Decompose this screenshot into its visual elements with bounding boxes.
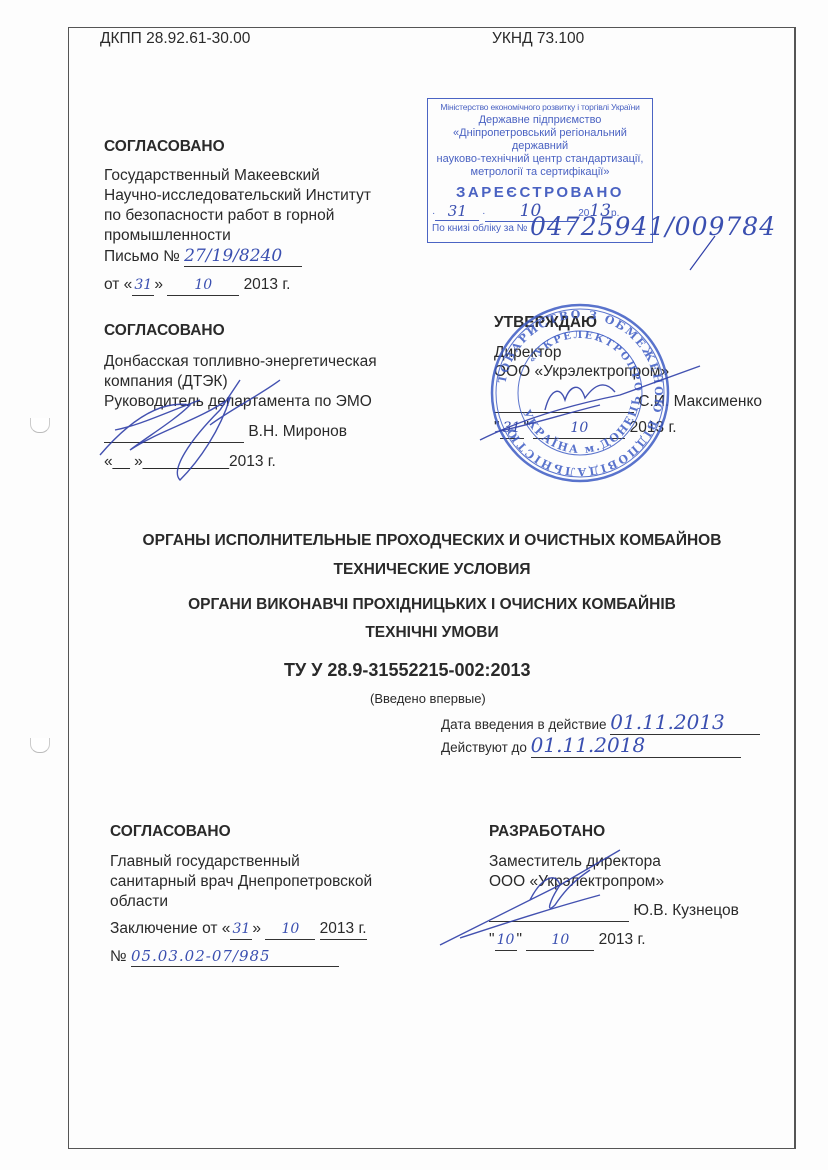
approved-position: Директор: [494, 343, 562, 363]
conclusion-day: 31: [230, 919, 252, 940]
number-label: №: [110, 948, 127, 965]
developed-date: "10" 10 2013 г.: [489, 930, 646, 951]
approval2-org: Донбасская топливно-энергетическая компа…: [104, 352, 377, 412]
date-year: 2013 г.: [630, 419, 677, 436]
org-line: санитарный врач Днепропетровской: [110, 872, 372, 892]
number-value: 05.03.02-07/985: [131, 946, 339, 967]
org-line: по безопасности работ в горной: [104, 206, 371, 226]
uknd-code: УКНД 73.100: [492, 29, 584, 49]
date-mid: »: [154, 276, 163, 293]
org-line: области: [110, 892, 372, 912]
effective-label: Дата введения в действие: [441, 717, 607, 732]
spec-code: ТУ У 28.9-31552215-002:2013: [284, 660, 531, 681]
date-month: 10: [167, 275, 239, 296]
date-month: 10: [526, 930, 594, 951]
title-ru-line1: ОРГАНЫ ИСПОЛНИТЕЛЬНЫЕ ПРОХОДЧЕСКИХ И ОЧИ…: [68, 532, 796, 550]
approval2-heading: СОГЛАСОВАНО: [104, 321, 225, 341]
valid-until-row: Действуют до 01.11.2018: [441, 733, 741, 758]
org-line: Научно-исследовательский Институт: [104, 186, 371, 206]
date-month: 10: [533, 418, 625, 439]
conclusion-label: Заключение от «: [110, 920, 230, 937]
stamp-day: 31: [435, 202, 479, 221]
date-prefix: от «: [104, 276, 132, 293]
approval2-signature-line: В.Н. Миронов: [104, 422, 347, 443]
approval3-heading: СОГЛАСОВАНО: [110, 822, 231, 842]
stamp-line1: Державне підприємство: [428, 114, 652, 127]
org-line: промышленности: [104, 226, 371, 246]
approval1-date: от «31» 10 2013 г.: [104, 275, 290, 296]
conclusion-row: Заключение от «31» 10 2013 г.: [110, 919, 367, 940]
signatory-name: В.Н. Миронов: [248, 423, 347, 440]
approval1-org: Государственный Макеевский Научно-исслед…: [104, 166, 371, 267]
title-ru-line2: ТЕХНИЧЕСКИЕ УСЛОВИЯ: [68, 561, 796, 579]
org-line: компания (ДТЭК): [104, 372, 377, 392]
signatory-name: Ю.В. Кузнецов: [633, 902, 739, 919]
date-day: 31: [500, 418, 524, 439]
stamp-registered: ЗАРЕЄСТРОВАНО: [428, 184, 652, 201]
letter-label: Письмо №: [104, 248, 180, 265]
punch-hole: [30, 418, 50, 433]
letter-number: 27/19/8240: [184, 246, 302, 267]
stamp-line4: метрології та сертифікації»: [428, 166, 652, 179]
stamp-line3: науково-технічний центр стандартизації,: [428, 153, 652, 166]
date-year: 2013 г.: [599, 931, 646, 948]
org-line: Руководитель департамента по ЭМО: [104, 392, 377, 412]
date-day: 31: [132, 275, 154, 296]
approved-company: ООО «Укрэлектропром»: [494, 362, 669, 382]
stamp-line2: «Дніпропетровський регіональний державни…: [428, 127, 652, 153]
stamp-book-label: По книзі обліку за №: [432, 223, 527, 234]
punch-hole: [30, 738, 50, 753]
approval2-date: «__ »__________2013 г.: [104, 452, 276, 472]
approved-signature-line: С.И. Максименко: [494, 392, 762, 413]
approved-date: "31" 10 2013 г.: [494, 418, 677, 439]
valid-label: Действуют до: [441, 740, 527, 755]
approval3-org: Главный государственный санитарный врач …: [110, 852, 372, 912]
org-line: Главный государственный: [110, 852, 372, 872]
introduced-note: (Введено впервые): [370, 691, 486, 706]
stamp-ministry: Міністерство економічного розвитку і тор…: [428, 102, 652, 112]
valid-date: 01.11.2018: [531, 733, 741, 758]
stamp-book-number: 04725941/009784: [530, 212, 776, 241]
org-line: Государственный Макеевский: [104, 166, 371, 186]
developed-heading: РАЗРАБОТАНО: [489, 822, 605, 842]
conclusion-year: 2013 г.: [320, 919, 367, 940]
date-day: 10: [495, 930, 517, 951]
org-line: Донбасская топливно-энергетическая: [104, 352, 377, 372]
title-ua-line1: ОРГАНИ ВИКОНАВЧІ ПРОХІДНИЦЬКИХ І ОЧИСНИХ…: [68, 596, 796, 614]
conclusion-month: 10: [265, 919, 315, 940]
developed-signature-line: Ю.В. Кузнецов: [489, 901, 739, 922]
title-ua-line2: ТЕХНІЧНІ УМОВИ: [68, 624, 796, 642]
date-year: 2013 г.: [244, 276, 291, 293]
approval1-heading: СОГЛАСОВАНО: [104, 137, 225, 157]
dkpp-code: ДКПП 28.92.61-30.00: [100, 29, 250, 49]
effective-date-row: Дата введения в действие 01.11.2013: [441, 710, 760, 735]
conclusion-number-row: № 05.03.02-07/985: [110, 946, 339, 967]
developed-position: Заместитель директора: [489, 852, 661, 872]
effective-date: 01.11.2013: [610, 710, 760, 735]
signatory-name: С.И. Максименко: [638, 393, 762, 410]
developed-company: ООО «Укрэлектропром»: [489, 872, 664, 892]
conclusion-mid: »: [252, 920, 261, 937]
approved-heading: УТВЕРЖДАЮ: [494, 313, 597, 333]
